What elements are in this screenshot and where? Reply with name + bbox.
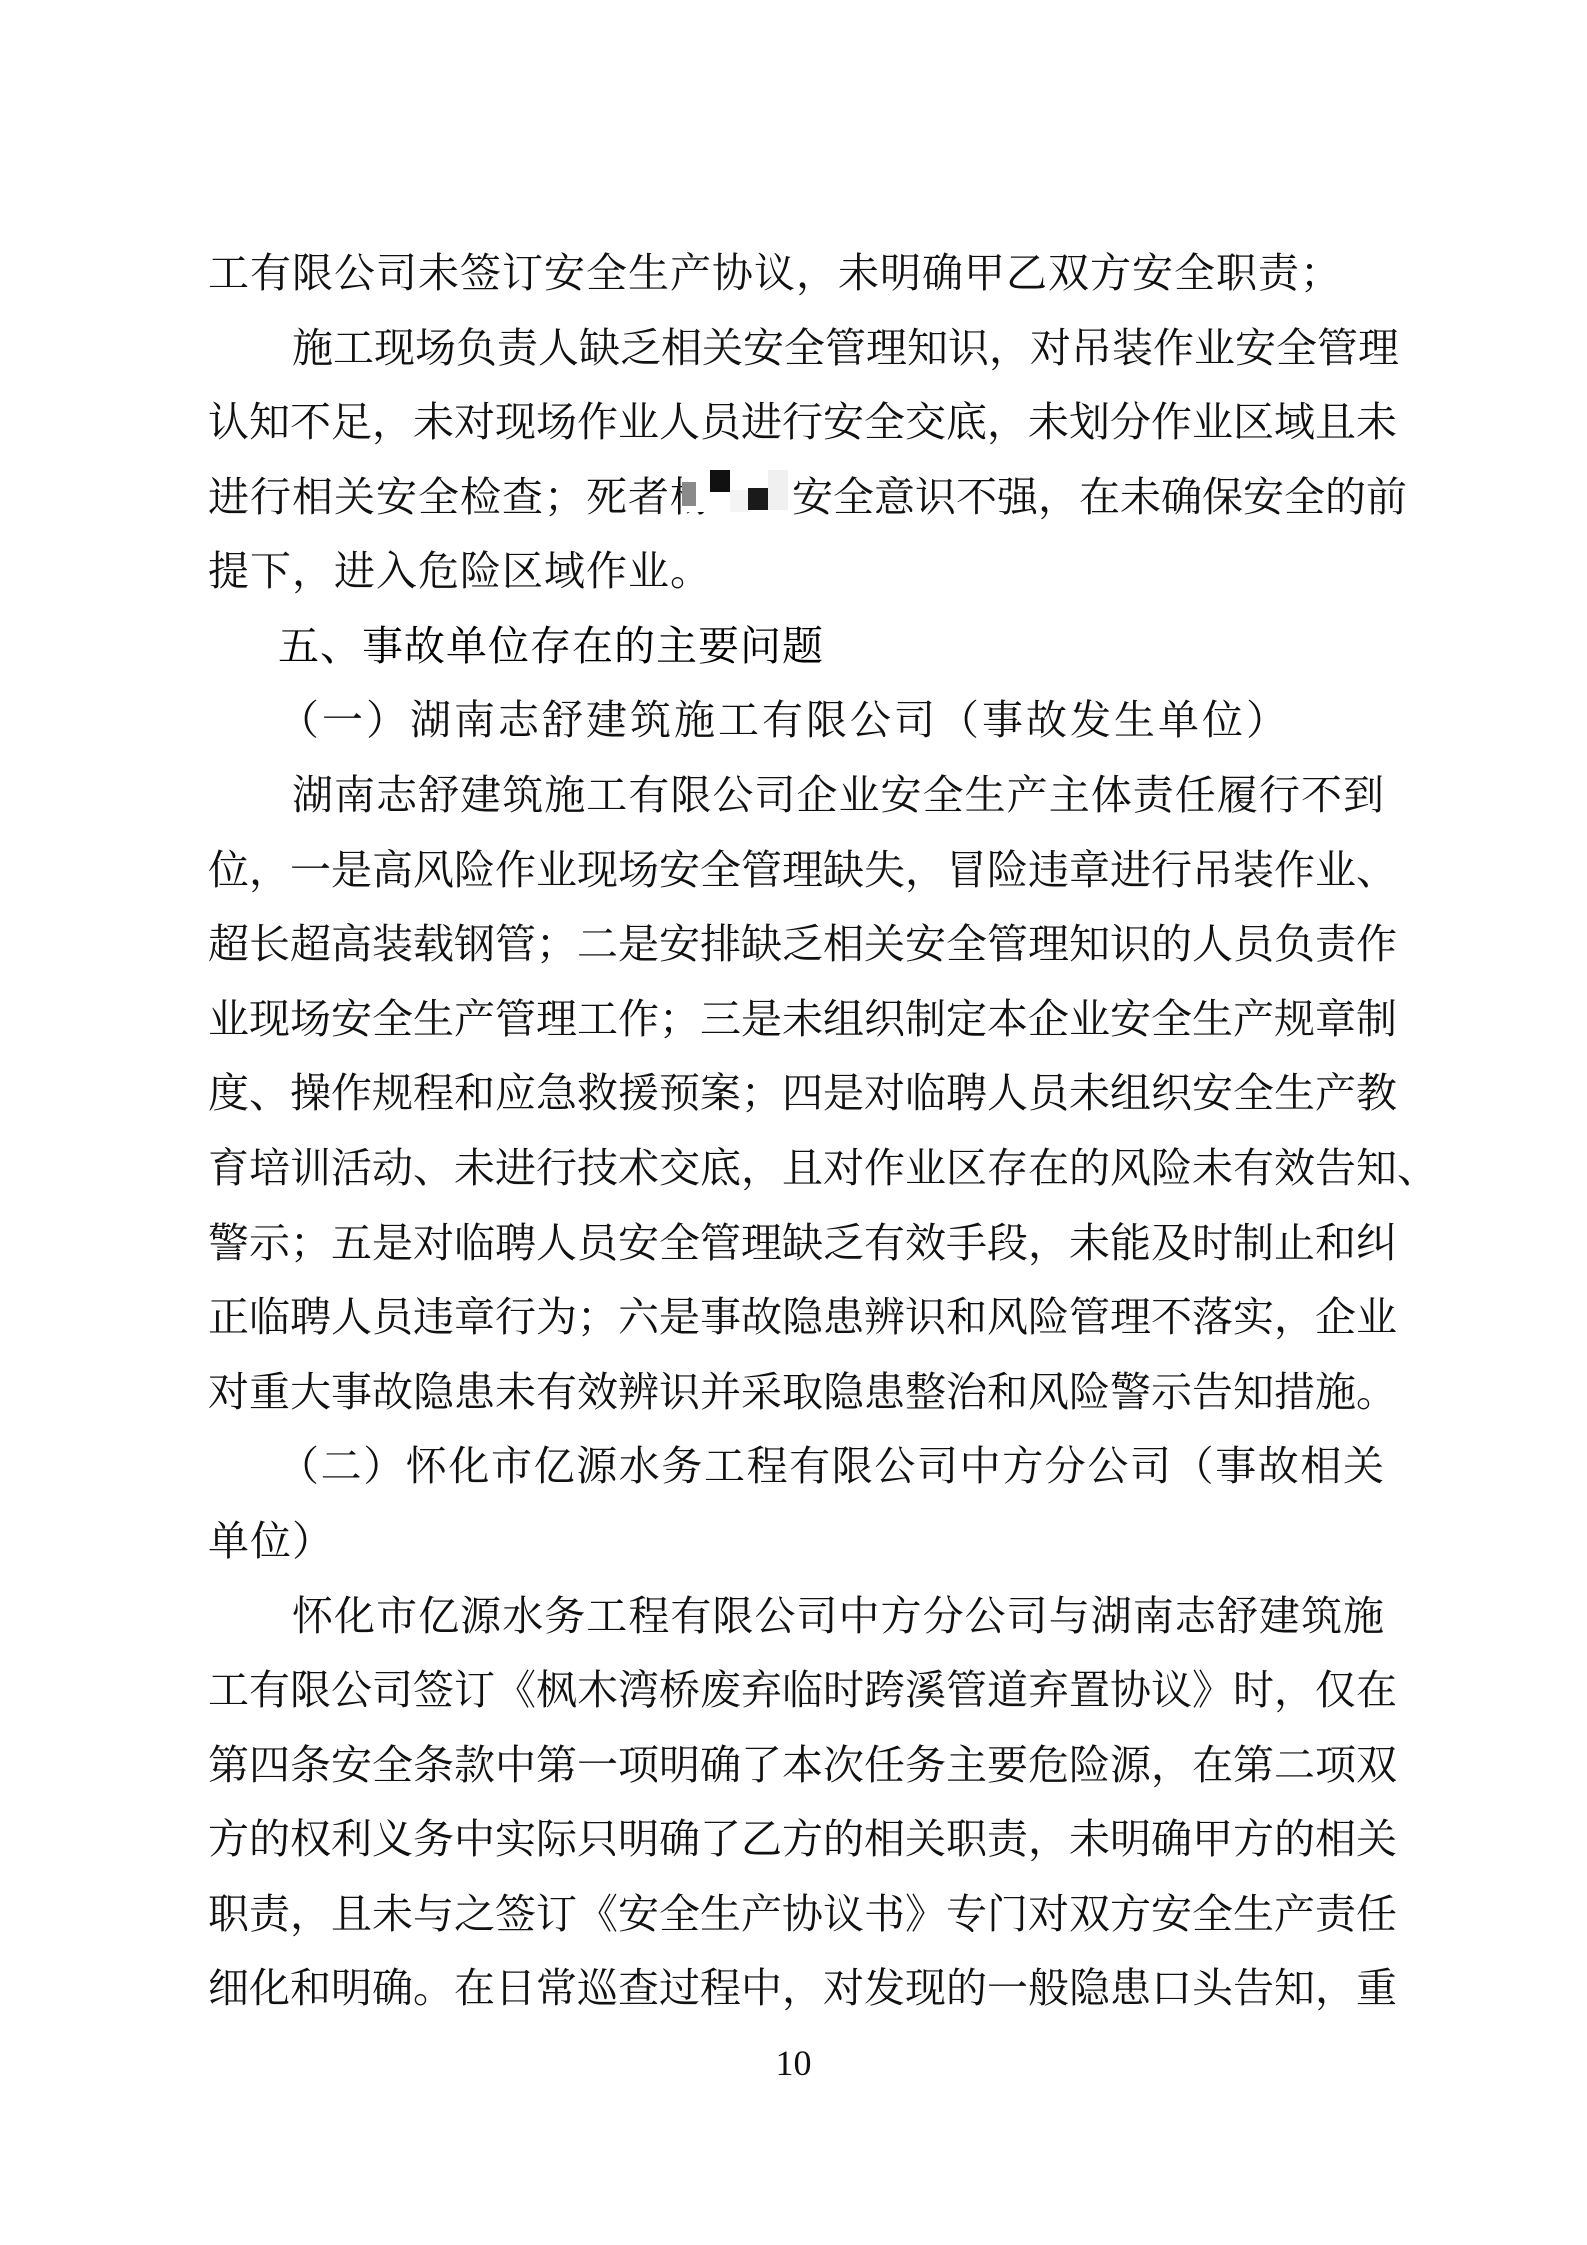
subsection-heading-continued: 单位）	[208, 1511, 1384, 1571]
body-line: 工有限公司签订《枫木湾桥废弃临时跨溪管道弃置协议》时，仅在	[208, 1660, 1384, 1720]
body-line-after-redaction: 安全意识不强，在未确保安全的前	[792, 467, 1384, 527]
body-line: 第四条安全条款中第一项明确了本次任务主要危险源，在第二项双	[208, 1735, 1384, 1795]
body-line: 认知不足，未对现场作业人员进行安全交底，未划分作业区域且未	[208, 392, 1384, 452]
body-line: 细化和明确。在日常巡查过程中，对发现的一般隐患口头告知，重	[208, 1958, 1384, 2018]
body-line: 业现场安全生产管理工作；三是未组织制定本企业安全生产规章制	[208, 989, 1384, 1049]
body-line: 度、操作规程和应急救援预案；四是对临聘人员未组织安全生产教	[208, 1063, 1384, 1123]
body-line: 职责，且未与之签订《安全生产协议书》专门对双方安全生产责任	[208, 1884, 1384, 1944]
section-heading: 五、事故单位存在的主要问题	[278, 616, 824, 676]
page-number: 10	[0, 2038, 1587, 2088]
body-line: 超长超高装载钢管；二是安排缺乏相关安全管理知识的人员负责作	[208, 914, 1384, 974]
body-line: 提下，进入危险区域作业。	[208, 541, 1384, 601]
subsection-heading: （一）湖南志舒建筑施工有限公司（事故发生单位）	[278, 690, 1290, 750]
body-line: 位，一是高风险作业现场安全管理缺失，冒险违章进行吊装作业、	[208, 840, 1384, 900]
body-line: 方的权利义务中实际只明确了乙方的相关职责，未明确甲方的相关	[208, 1809, 1384, 1869]
body-line: 对重大事故隐患未有效辨识并采取隐患整治和风险警示告知措施。	[208, 1362, 1384, 1422]
body-line: 正临聘人员违章行为；六是事故隐患辨识和风险管理不落实，企业	[208, 1287, 1384, 1347]
paragraph-start-line: 湖南志舒建筑施工有限公司企业安全生产主体责任履行不到	[292, 765, 1384, 825]
paragraph-start-line: 施工现场负责人缺乏相关安全管理知识，对吊装作业安全管理	[292, 318, 1384, 378]
body-line: 警示；五是对临聘人员安全管理缺乏有效手段，未能及时制止和纠	[208, 1213, 1384, 1273]
paragraph-start-line: 怀化市亿源水务工程有限公司中方分公司与湖南志舒建筑施	[292, 1586, 1384, 1646]
body-line: 育培训活动、未进行技术交底，且对作业区存在的风险未有效告知、	[208, 1138, 1384, 1198]
redacted-name-mosaic	[682, 468, 790, 512]
subsection-heading: （二）怀化市亿源水务工程有限公司中方分公司（事故相关	[278, 1436, 1384, 1496]
document-page: 工有限公司未签订安全生产协议，未明确甲乙双方安全职责； 施工现场负责人缺乏相关安…	[0, 0, 1587, 2245]
body-line: 工有限公司未签订安全生产协议，未明确甲乙双方安全职责；	[208, 243, 1384, 303]
body-line-before-redaction: 进行相关安全检查；死者杨	[208, 467, 678, 527]
